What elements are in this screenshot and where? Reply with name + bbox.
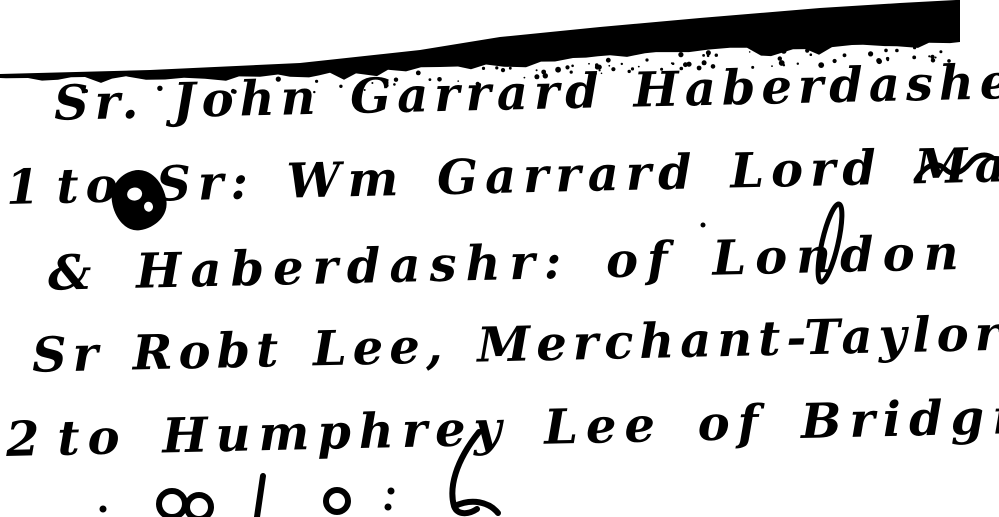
- line-text: to Sr: Wm Garrard Lord Mayor: [56, 135, 999, 215]
- stray-ink-dot: [701, 223, 706, 228]
- manuscript-line-1: Sr. John Garrard Haberdasher Son: [43, 50, 999, 132]
- manuscript-line-4: Sr Robt Lee, Merchant-Taylor Son: [21, 302, 999, 384]
- line-text: Sr. John Garrard Haberdasher Son: [53, 50, 999, 132]
- manuscript-line-5: 2to Humphrey Lee of Bridgnorth: [5, 385, 999, 468]
- entry-number: [37, 246, 38, 302]
- line-text: Sr Robt Lee, Merchant-Taylor Son: [31, 302, 999, 383]
- manuscript-line-3: & Haberdashr: of London: [37, 225, 968, 302]
- entry-number: 1: [5, 159, 47, 216]
- entry-number: [43, 76, 44, 132]
- entry-number: [21, 328, 22, 384]
- line-text: to Humphrey Lee of Bridgnorth: [57, 385, 999, 466]
- line-text: & Haberdashr: of London: [47, 225, 968, 302]
- entry-number: 2: [5, 411, 48, 468]
- manuscript-page: Sr. John Garrard Haberdasher Son 1to Sr:…: [0, 0, 999, 517]
